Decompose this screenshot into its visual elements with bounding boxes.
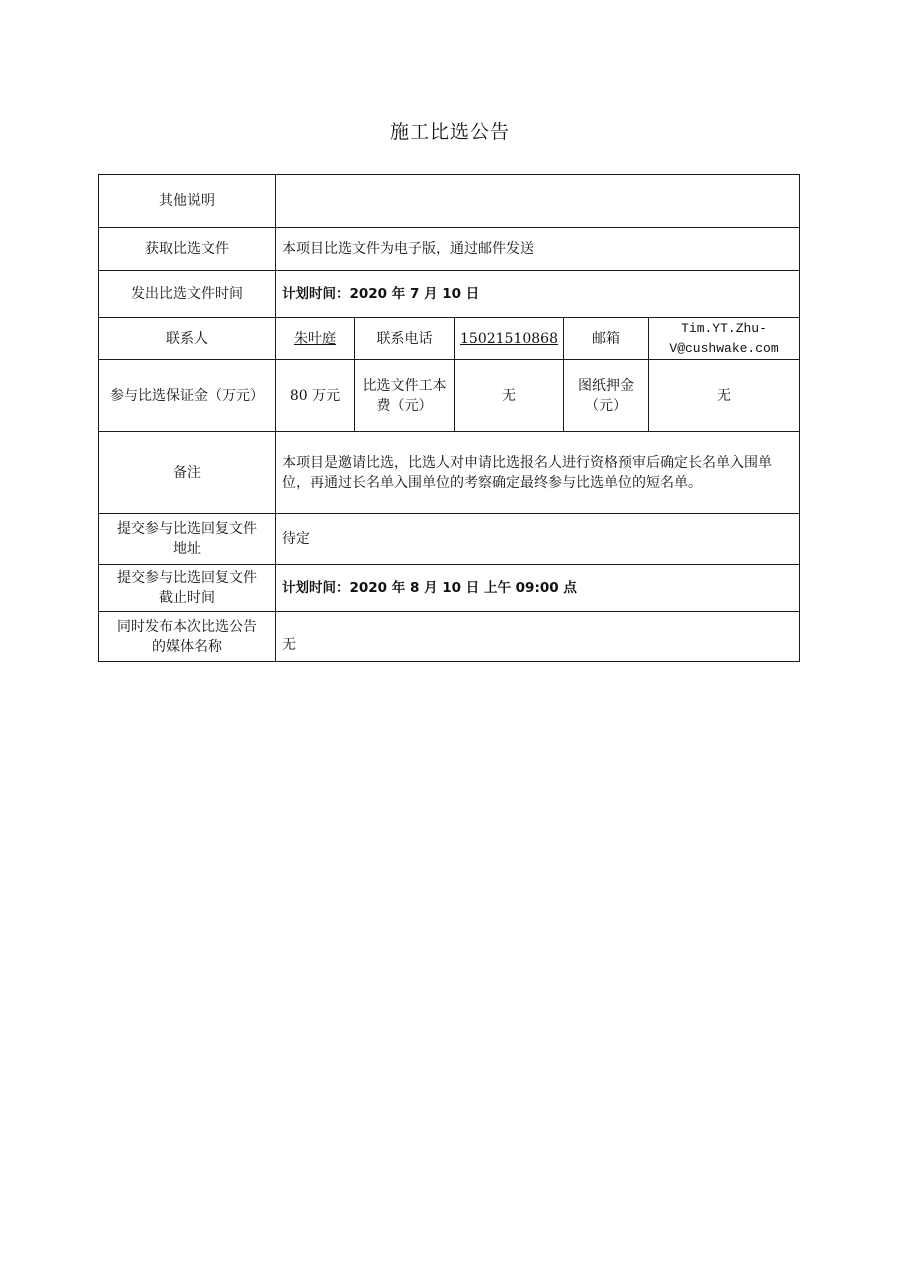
email-line-2: V@cushwake.com [651,339,797,359]
other-notes-value [276,175,800,228]
obtain-docs-value: 本项目比选文件为电子版，通过邮件发送 [276,228,800,271]
row-other-notes: 其他说明 [99,175,800,228]
bid-announcement-table: 其他说明 获取比选文件 本项目比选文件为电子版，通过邮件发送 发出比选文件时间 … [98,174,800,662]
submit-address-label: 提交参与比选回复文件 地址 [99,514,276,565]
doc-fee-label: 比选文件工本 费（元） [355,360,455,432]
drawing-deposit-label-line-2: （元） [566,396,646,416]
media-value: 无 [276,612,800,662]
submit-address-label-line-2: 地址 [101,539,273,559]
remarks-label: 备注 [99,432,276,514]
email-value: Tim.YT.Zhu- V@cushwake.com [649,318,800,360]
row-obtain-docs: 获取比选文件 本项目比选文件为电子版，通过邮件发送 [99,228,800,271]
submit-deadline-label: 提交参与比选回复文件 截止时间 [99,565,276,612]
media-label: 同时发布本次比选公告 的媒体名称 [99,612,276,662]
row-submit-deadline: 提交参与比选回复文件 截止时间 计划时间：2020 年 8 月 10 日 上午 … [99,565,800,612]
drawing-deposit-value: 无 [649,360,800,432]
doc-fee-value: 无 [455,360,564,432]
submit-address-value: 待定 [276,514,800,565]
submit-deadline-label-line-2: 截止时间 [101,588,273,608]
drawing-deposit-label-line-1: 图纸押金 [566,376,646,396]
issue-time-label: 发出比选文件时间 [99,271,276,318]
row-media: 同时发布本次比选公告 的媒体名称 无 [99,612,800,662]
row-submit-address: 提交参与比选回复文件 地址 待定 [99,514,800,565]
remarks-value: 本项目是邀请比选，比选人对申请比选报名人进行资格预审后确定长名单入围单位，再通过… [276,432,800,514]
doc-fee-label-line-2: 费（元） [357,396,452,416]
submit-deadline-value: 计划时间：2020 年 8 月 10 日 上午 09:00 点 [276,565,800,612]
row-remarks: 备注 本项目是邀请比选，比选人对申请比选报名人进行资格预审后确定长名单入围单位，… [99,432,800,514]
row-issue-time: 发出比选文件时间 计划时间：2020 年 7 月 10 日 [99,271,800,318]
deposit-label: 参与比选保证金（万元） [99,360,276,432]
doc-fee-label-line-1: 比选文件工本 [357,376,452,396]
drawing-deposit-label: 图纸押金 （元） [564,360,649,432]
deposit-value: 80 万元 [276,360,355,432]
submit-deadline-label-line-1: 提交参与比选回复文件 [101,568,273,588]
email-line-1: Tim.YT.Zhu- [651,319,797,339]
contact-label: 联系人 [99,318,276,360]
row-contact: 联系人 朱叶庭 联系电话 15021510868 邮箱 Tim.YT.Zhu- … [99,318,800,360]
media-label-line-1: 同时发布本次比选公告 [101,617,273,637]
phone-value: 15021510868 [455,318,564,360]
email-label: 邮箱 [564,318,649,360]
media-label-line-2: 的媒体名称 [101,637,273,657]
document-title: 施工比选公告 [0,117,900,144]
obtain-docs-label: 获取比选文件 [99,228,276,271]
issue-time-value: 计划时间：2020 年 7 月 10 日 [276,271,800,318]
phone-label: 联系电话 [355,318,455,360]
submit-address-label-line-1: 提交参与比选回复文件 [101,519,273,539]
row-deposit: 参与比选保证金（万元） 80 万元 比选文件工本 费（元） 无 图纸押金 （元）… [99,360,800,432]
other-notes-label: 其他说明 [99,175,276,228]
contact-name: 朱叶庭 [276,318,355,360]
